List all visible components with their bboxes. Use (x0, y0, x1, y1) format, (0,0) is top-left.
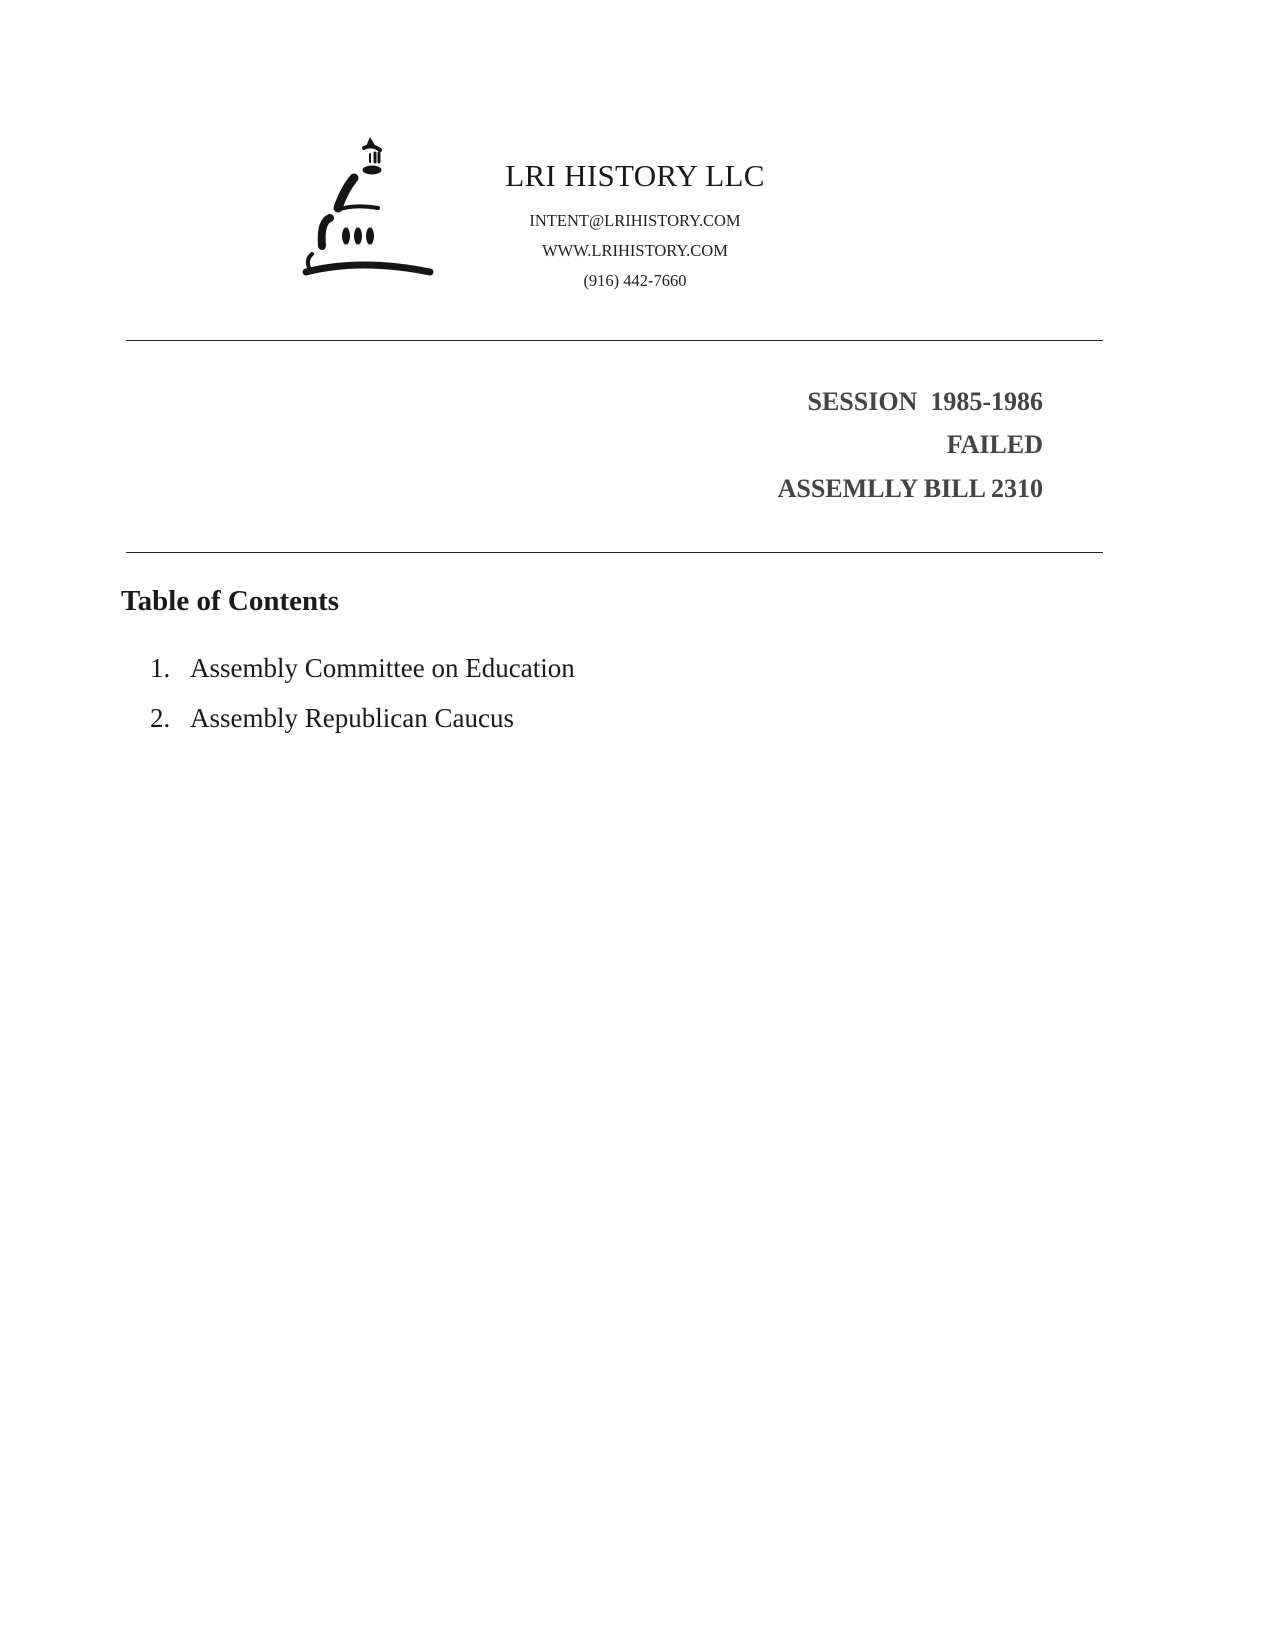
company-phone: (916) 442-7660 (440, 271, 830, 291)
section-divider (126, 552, 1103, 553)
toc-item[interactable]: 2. Assembly Republican Caucus (150, 703, 514, 734)
header-divider (126, 340, 1103, 341)
company-email[interactable]: INTENT@LRIHISTORY.COM (440, 211, 830, 231)
status-label: FAILED (947, 430, 1043, 460)
toc-item[interactable]: 1. Assembly Committee on Education (150, 653, 575, 684)
toc-item-number: 2. (150, 703, 190, 734)
toc-title: Table of Contents (121, 585, 339, 618)
bill-label: ASSEMLLY BILL 2310 (778, 474, 1043, 504)
toc-item-label[interactable]: Assembly Republican Caucus (190, 703, 514, 734)
toc-item-number: 1. (150, 653, 190, 684)
company-name: LRI HISTORY LLC (440, 158, 830, 194)
session-label: SESSION 1985-1986 (808, 387, 1044, 417)
company-website[interactable]: WWW.LRIHISTORY.COM (440, 241, 830, 261)
capitol-dome-icon (300, 134, 435, 284)
toc-item-label[interactable]: Assembly Committee on Education (190, 653, 575, 684)
